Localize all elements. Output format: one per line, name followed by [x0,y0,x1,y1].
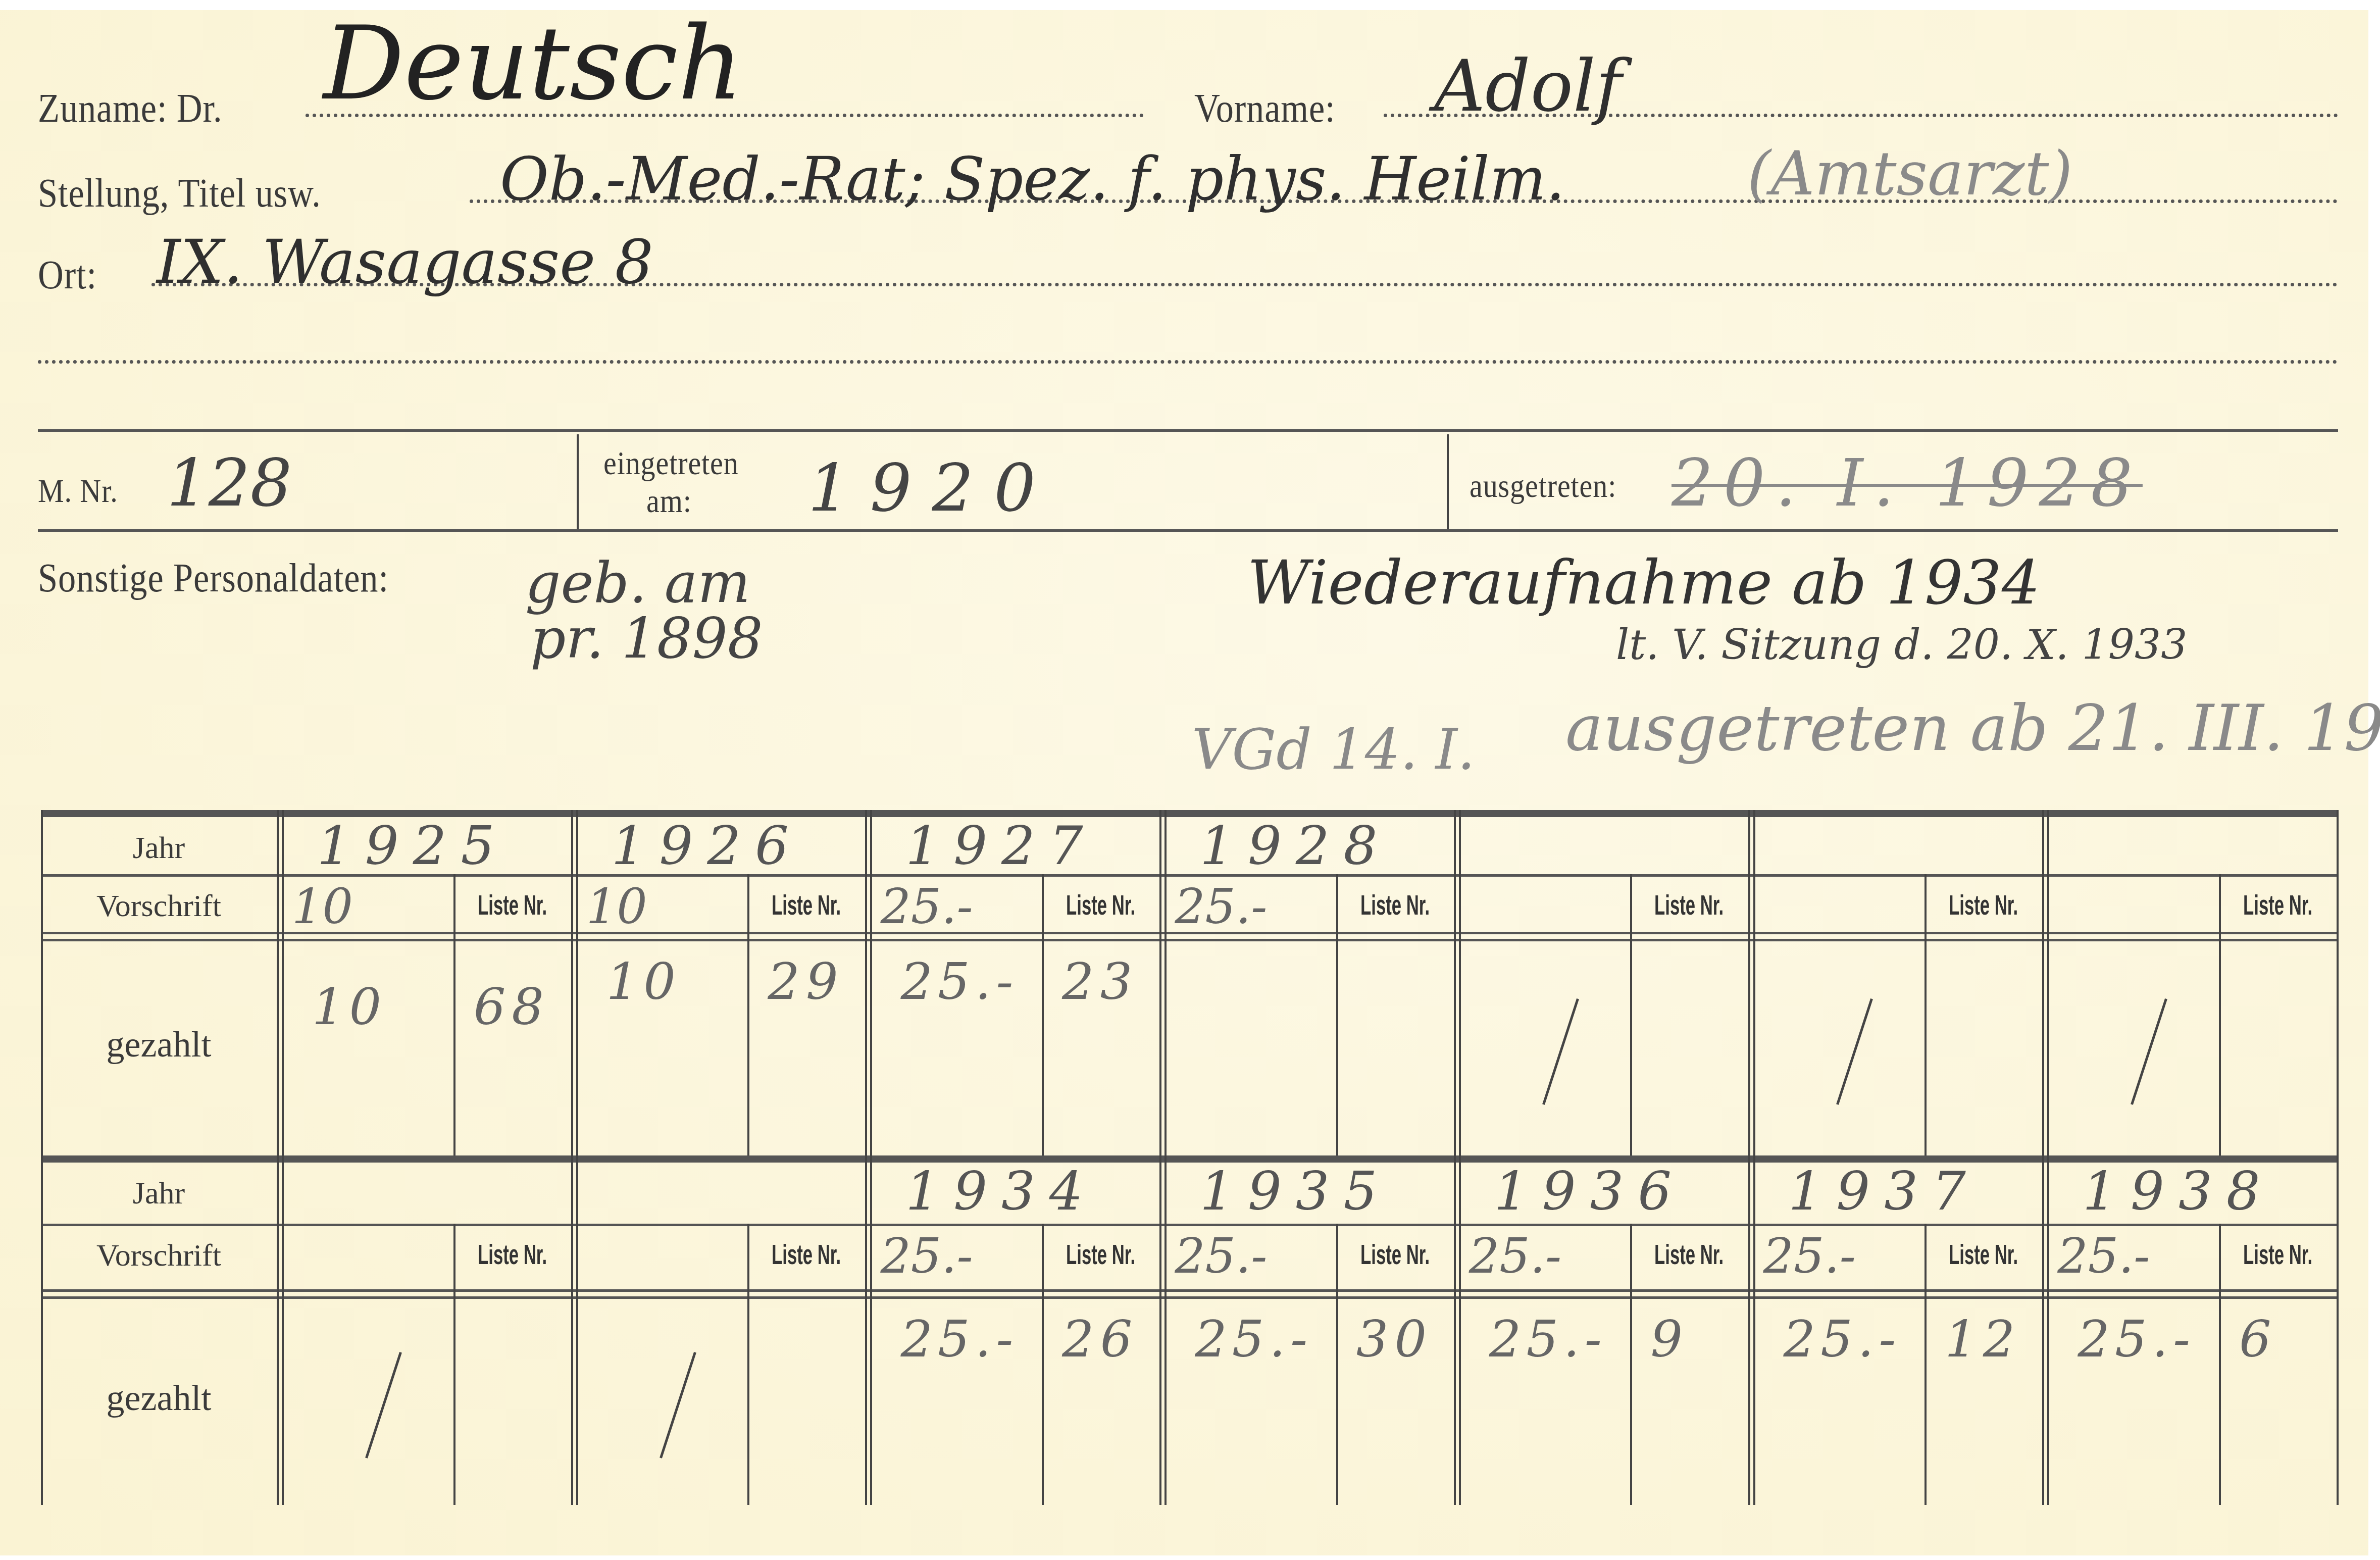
blank-line [38,360,2338,364]
jahr-value: 1926 [612,815,803,877]
member-index-card: Zuname: Dr. Deutsch Vorname: Adolf Stell… [0,10,2368,1555]
vorschrift-value: 25.- [1469,1229,1561,1284]
group-divider [870,810,872,1155]
group-divider [576,1155,578,1505]
group-divider [571,1155,573,1505]
group-divider [1748,1155,1750,1505]
group-divider [2042,810,2044,1155]
vorname-value: Adolf [1434,45,1622,128]
liste-nr-value: 6 [2239,1310,2277,1369]
liste-divider [453,874,455,1155]
liste-nr-label: Liste Nr. [1653,888,1726,921]
vorschrift-value: 25.- [1175,879,1267,935]
vorschrift-value: 25.- [1763,1229,1856,1284]
group-divider [1159,810,1161,1155]
liste-nr-label: Liste Nr. [770,1238,843,1271]
stellung-note: (Amtsarzt) [1747,139,2072,209]
table-border [2337,1155,2339,1505]
liste-nr-label: Liste Nr. [1947,1238,2020,1271]
group-divider [1459,1155,1461,1505]
group-divider [1164,1155,1167,1505]
ausgetreten-label: ausgetreten: [1470,467,1616,506]
group-divider [1459,810,1461,1155]
m-nr-label: M. Nr. [38,472,118,511]
liste-nr-value: 68 [474,977,550,1036]
group-divider [1159,1155,1161,1505]
gezahlt-value: 10 [606,952,681,1011]
liste-divider [1042,1224,1044,1505]
gezahlt-value: 25.- [1489,1310,1607,1369]
liste-nr-value: 12 [1945,1310,2021,1369]
group-divider [865,1155,867,1505]
vorschrift-value: 10 [292,879,353,935]
liste-nr-label: Liste Nr. [1064,888,1137,921]
ort-value: IX. Wasagasse 8 [157,227,653,297]
jahr-value: 1927 [905,815,1097,877]
group-divider [1454,810,1456,1155]
liste-divider [1630,874,1632,1155]
divider [1447,434,1449,530]
jahr-value: 1937 [1789,1161,1980,1222]
section-rule-top [38,429,2338,432]
liste-nr-label: Liste Nr. [1358,888,1432,921]
row-label-vorschrift: Vorschrift [41,1238,277,1274]
jahr-value: 1925 [317,815,509,877]
group-divider [277,810,279,1155]
table-rule [41,1224,2337,1226]
stellung-label: Stellung, Titel usw. [38,171,321,217]
group-divider [1753,810,1755,1155]
gezahlt-value: 25.- [2078,1310,2195,1369]
group-divider [277,1155,279,1505]
liste-divider [1630,1224,1632,1505]
jahr-value: 1934 [905,1161,1097,1222]
gezahlt-value: 10 [312,977,386,1036]
vorname-label: Vorname: [1194,86,1335,132]
gezahlt-value: 25.- [900,1310,1018,1369]
group-divider [1164,810,1167,1155]
vorschrift-value: 25.- [1175,1229,1267,1284]
sitzung-note: lt. V. Sitzung d. 20. X. 1933 [1616,621,2187,669]
vg-note: VGd 14. I. [1192,717,1475,782]
paid-check-mark [1542,998,1579,1104]
gezahlt-value: 25.- [1195,1310,1312,1369]
group-divider [1454,1155,1456,1505]
liste-divider [1925,1224,1927,1505]
row-label-jahr: Jahr [41,1176,277,1212]
section-rule-bottom [38,529,2338,532]
birth-line1: geb. am [525,550,750,615]
ort-label: Ort: [38,253,97,298]
divider [577,434,579,530]
group-divider [576,810,578,1155]
liste-divider [1336,1224,1338,1505]
liste-divider [747,874,749,1155]
ausgetreten-value: 20. I. 1928 [1672,444,2143,521]
table-rule [41,939,2337,941]
liste-nr-label: Liste Nr. [770,888,843,921]
liste-nr-value: 26 [1062,1310,1138,1369]
row-label-gezahlt: gezahlt [41,1024,277,1066]
group-divider [2047,810,2049,1155]
liste-divider [2219,874,2221,1155]
jahr-value: 1936 [1494,1161,1686,1222]
table-rule [41,1296,2337,1299]
liste-nr-label: Liste Nr. [2241,1238,2314,1271]
liste-nr-value: 29 [768,952,844,1011]
vorschrift-value: 10 [586,879,647,935]
liste-nr-label: Liste Nr. [1947,888,2020,921]
liste-nr-label: Liste Nr. [1358,1238,1432,1271]
stellung-value: Ob.-Med.-Rat; Spez. f. phys. Heilm. [500,144,1565,214]
liste-divider [1925,874,1927,1155]
paid-check-mark [1836,998,1873,1104]
group-divider [282,810,284,1155]
row-label-jahr: Jahr [41,830,277,866]
m-nr-value: 128 [167,444,292,521]
liste-divider [1336,874,1338,1155]
jahr-value: 1938 [2083,1161,2274,1222]
liste-nr-label: Liste Nr. [476,888,549,921]
gezahlt-value: 25.- [1784,1310,1901,1369]
group-divider [870,1155,872,1505]
personaldaten-label: Sonstige Personaldaten: [38,556,389,601]
row-label-gezahlt: gezahlt [41,1377,277,1419]
vorschrift-value: 25.- [880,1229,973,1284]
group-divider [1753,1155,1755,1505]
liste-nr-value: 23 [1062,952,1138,1011]
gezahlt-value: 25.- [900,952,1018,1011]
jahr-value: 1935 [1200,1161,1391,1222]
group-divider [1748,810,1750,1155]
liste-divider [747,1224,749,1505]
zuname-value: Deutsch [323,5,743,123]
group-divider [865,810,867,1155]
eingetreten-label-am: am: [646,482,692,521]
liste-nr-label: Liste Nr. [476,1238,549,1271]
row-label-vorschrift: Vorschrift [41,888,277,924]
group-divider [2047,1155,2049,1505]
liste-divider [2219,1224,2221,1505]
wiederaufnahme-note: Wiederaufnahme ab 1934 [1247,548,2040,618]
paid-check-mark [365,1351,402,1458]
liste-divider [453,1224,455,1505]
zuname-label: Zuname: Dr. [38,86,223,132]
birth-line2: pr. 1898 [530,606,763,671]
liste-nr-label: Liste Nr. [1064,1238,1137,1271]
paid-check-mark [660,1351,696,1458]
eingetreten-value: 1920 [808,449,1056,526]
vorschrift-value: 25.- [880,879,973,935]
group-divider [2042,1155,2044,1505]
jahr-value: 1928 [1200,815,1391,877]
table-rule [41,1155,2337,1163]
liste-divider [1042,874,1044,1155]
liste-nr-label: Liste Nr. [1653,1238,1726,1271]
paid-check-mark [2131,998,2167,1104]
table-border [2337,810,2339,1155]
vorschrift-value: 25.- [2057,1229,2150,1284]
ausgetreten-note: ausgetreten ab 21. III. 1938 [1565,692,2380,765]
table-rule [41,1289,2337,1292]
eingetreten-label: eingetreten [603,444,739,483]
liste-nr-value: 30 [1356,1310,1433,1369]
liste-nr-label: Liste Nr. [2241,888,2314,921]
group-divider [282,1155,284,1505]
group-divider [571,810,573,1155]
liste-nr-value: 9 [1650,1310,1689,1369]
